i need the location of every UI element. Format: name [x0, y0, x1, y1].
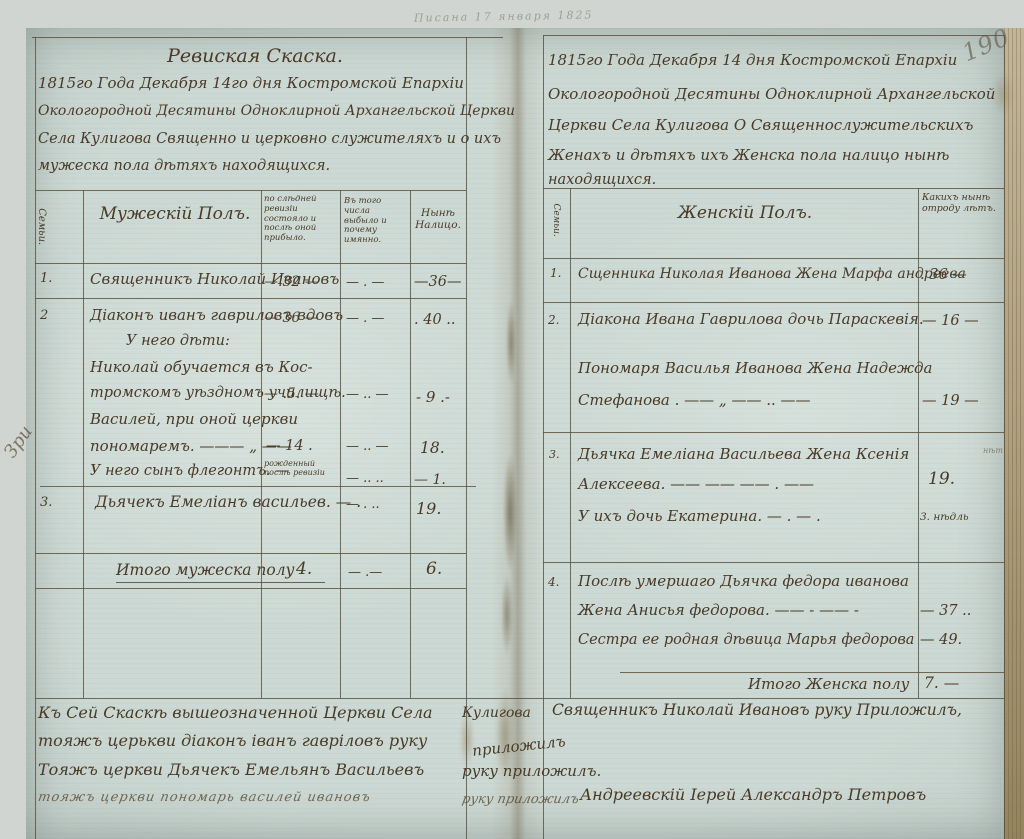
row-number: 3.: [549, 449, 560, 462]
table-rule: [543, 562, 1004, 563]
row-number: 1.: [40, 272, 52, 287]
table-rule: [83, 190, 84, 698]
cell-age: — 37 ..: [920, 603, 971, 620]
cell-now: — 1.: [414, 472, 446, 488]
cell-prev: — 36 —: [264, 310, 319, 326]
document-title: Ревиская Скаска.: [120, 46, 390, 68]
cell-now: - 9 .-: [416, 389, 450, 406]
header-line: находящихся.: [548, 172, 656, 189]
table-rule: [543, 35, 1004, 36]
female-total-label: Итого Женска полу: [748, 676, 909, 693]
male-total-now: 6.: [426, 560, 442, 580]
header-line: мужеска пола дѣтяхъ находящихся.: [38, 158, 330, 175]
row-text: Жена Анисья федорова. —— - —— -: [578, 602, 859, 619]
table-rule: [35, 553, 466, 554]
row-text: Дьячка Емеліана Васильева Жена Ксенія: [578, 446, 909, 463]
row-text: Діакона Ивана Гаврилова дочь Параскевія.: [578, 311, 924, 328]
column-header-male: Мужескій Полъ.: [95, 205, 255, 225]
cell-age: . 36 —: [920, 267, 967, 284]
table-rule: [570, 188, 571, 698]
signature-line: руку приложилъ.: [462, 763, 601, 780]
table-rule: [410, 190, 411, 698]
row-text: У ихъ дочь Екатерина. — . — .: [578, 508, 821, 525]
column-header-departed: Въ того числа выбыло и почему имянно.: [344, 197, 406, 246]
signature-line: руку приложилъ: [461, 793, 580, 808]
cell-now: —36—: [414, 274, 461, 291]
row-number: 2.: [548, 314, 559, 328]
table-rule: [35, 588, 466, 589]
row-text: Николай обучается въ Кос-: [90, 359, 313, 376]
header-line: 1815го Года Декабря 14го дня Костромской…: [38, 75, 464, 92]
cell-out: — . —: [346, 312, 384, 327]
male-total-label: Итого мужеска полу: [116, 562, 325, 583]
row-text: У него дѣти:: [126, 333, 230, 350]
table-rule: [543, 35, 544, 839]
signature-line: тояжъ церькви діаконъ іванъ гавріловъ ру…: [38, 732, 427, 750]
row-text: Пономаря Василья Иванова Жена Надежда: [578, 360, 933, 377]
scanned-revision-list-1815: { "annotations": { "pencil_note": "Писан…: [0, 0, 1024, 839]
signature-line: Священникъ Николай Ивановъ руку Приложил…: [552, 702, 962, 720]
table-rule: [340, 190, 341, 698]
table-rule: [35, 298, 466, 299]
column-header-prev-revision: по слѣдней ревизіи состояло и послѣ оной…: [264, 195, 337, 244]
cell-age: 3. нѣдль: [920, 511, 969, 523]
cell-out: — .. —: [346, 440, 389, 455]
header-line: Окологородной Десятины Одноклирной Архан…: [38, 103, 515, 119]
cell-prev-note: рожденный послѣ ревизіи: [264, 459, 338, 477]
header-line: Церкви Села Кулигова О Священнослужитель…: [548, 117, 973, 134]
cell-age: 19.: [928, 470, 955, 490]
female-total-age: 7. —: [924, 675, 959, 693]
cell-out: — .. ..: [346, 472, 384, 487]
row-text: Василей, при оной церкви: [90, 411, 298, 428]
header-line: Женахъ и дѣтяхъ ихъ Женска пола налицо н…: [548, 147, 949, 164]
cell-out: — . —: [346, 276, 384, 291]
row-number: 2: [40, 309, 48, 324]
cell-age: — 16 —: [922, 313, 979, 330]
header-line: Окологородной Десятины Одноклирной Архан…: [548, 86, 995, 103]
column-header-family: Семьи.: [551, 190, 561, 250]
column-header-age: Какихъ нынѣ отроду лѣтъ.: [922, 193, 1000, 215]
edge-scribble: нѣт: [983, 446, 1003, 455]
male-total-prev: 4.: [296, 560, 312, 580]
row-text: У него сынъ флегонтъ. —: [90, 463, 290, 480]
cell-age: — 49.: [920, 632, 962, 649]
table-rule: [35, 263, 466, 264]
row-number: 3.: [40, 496, 52, 511]
cell-prev: —.32 —: [264, 274, 319, 290]
row-text: Дьячекъ Емеліанъ васильев. — .: [95, 494, 361, 512]
signature-line: Къ Сей Скаскѣ вышеозначенной Церкви Села: [38, 704, 433, 722]
fold-stain: [506, 300, 516, 385]
page-stack-edge: [1004, 28, 1024, 839]
column-header-now-present: Нынѣ Налицо.: [413, 207, 463, 231]
cell-prev: — 14 .: [266, 438, 313, 455]
cell-now: . 40 ..: [414, 312, 456, 329]
row-number: 4.: [548, 576, 559, 590]
row-text: Сестра ее родная дѣвица Марья федорова: [578, 632, 914, 649]
cell-age: — 19 —: [922, 393, 979, 410]
table-rule: [543, 432, 1004, 433]
table-rule: [1004, 35, 1005, 839]
fold-stain: [503, 452, 517, 572]
header-line: 1815го Года Декабря 14 дня Костромской Е…: [548, 52, 957, 69]
signature-line: Кулигова: [462, 705, 531, 721]
fold-stain: [501, 575, 513, 655]
cell-out: — .. —: [346, 388, 389, 403]
table-rule: [620, 672, 1004, 673]
cell-out: — . ..: [346, 498, 380, 513]
table-rule: [32, 37, 503, 38]
pencil-annotation: Писана 17 января 1825: [414, 9, 594, 25]
male-total-out: — .—: [348, 566, 382, 581]
signature-line: Тояжъ церкви Дьячекъ Емельянъ Васильевъ: [38, 761, 424, 779]
table-rule: [918, 188, 919, 698]
table-rule: [35, 37, 36, 839]
column-header-female: Женскій Полъ.: [600, 204, 890, 224]
row-text: Сщенника Николая Иванова Жена Марфа андр…: [578, 266, 966, 282]
table-rule: [543, 258, 1004, 259]
row-text: Алексеева. —— —— —— . ——: [578, 476, 814, 493]
header-line: Села Кулигова Священно и церковно служит…: [38, 131, 501, 148]
priest-signature: Андреевскій Іерей Александръ Петровъ: [580, 786, 926, 804]
row-number: 1.: [550, 267, 561, 281]
column-header-family: Семьи.: [35, 197, 47, 257]
table-rule: [35, 190, 466, 191]
cell-now: 19.: [416, 500, 441, 518]
cell-now: 18.: [420, 440, 445, 458]
row-text: Послѣ умершаго Дьячка федора иванова: [578, 573, 909, 590]
table-rule: [543, 302, 1004, 303]
cell-prev: — .5. —: [264, 386, 319, 402]
row-text: пономаремъ. ——— „ ——: [90, 438, 292, 455]
signature-line: тояжъ церкви пономарь василей ивановъ: [37, 791, 372, 806]
table-rule: [35, 698, 1004, 699]
row-text: Стефанова . —— „ —— .. ——: [578, 392, 811, 409]
